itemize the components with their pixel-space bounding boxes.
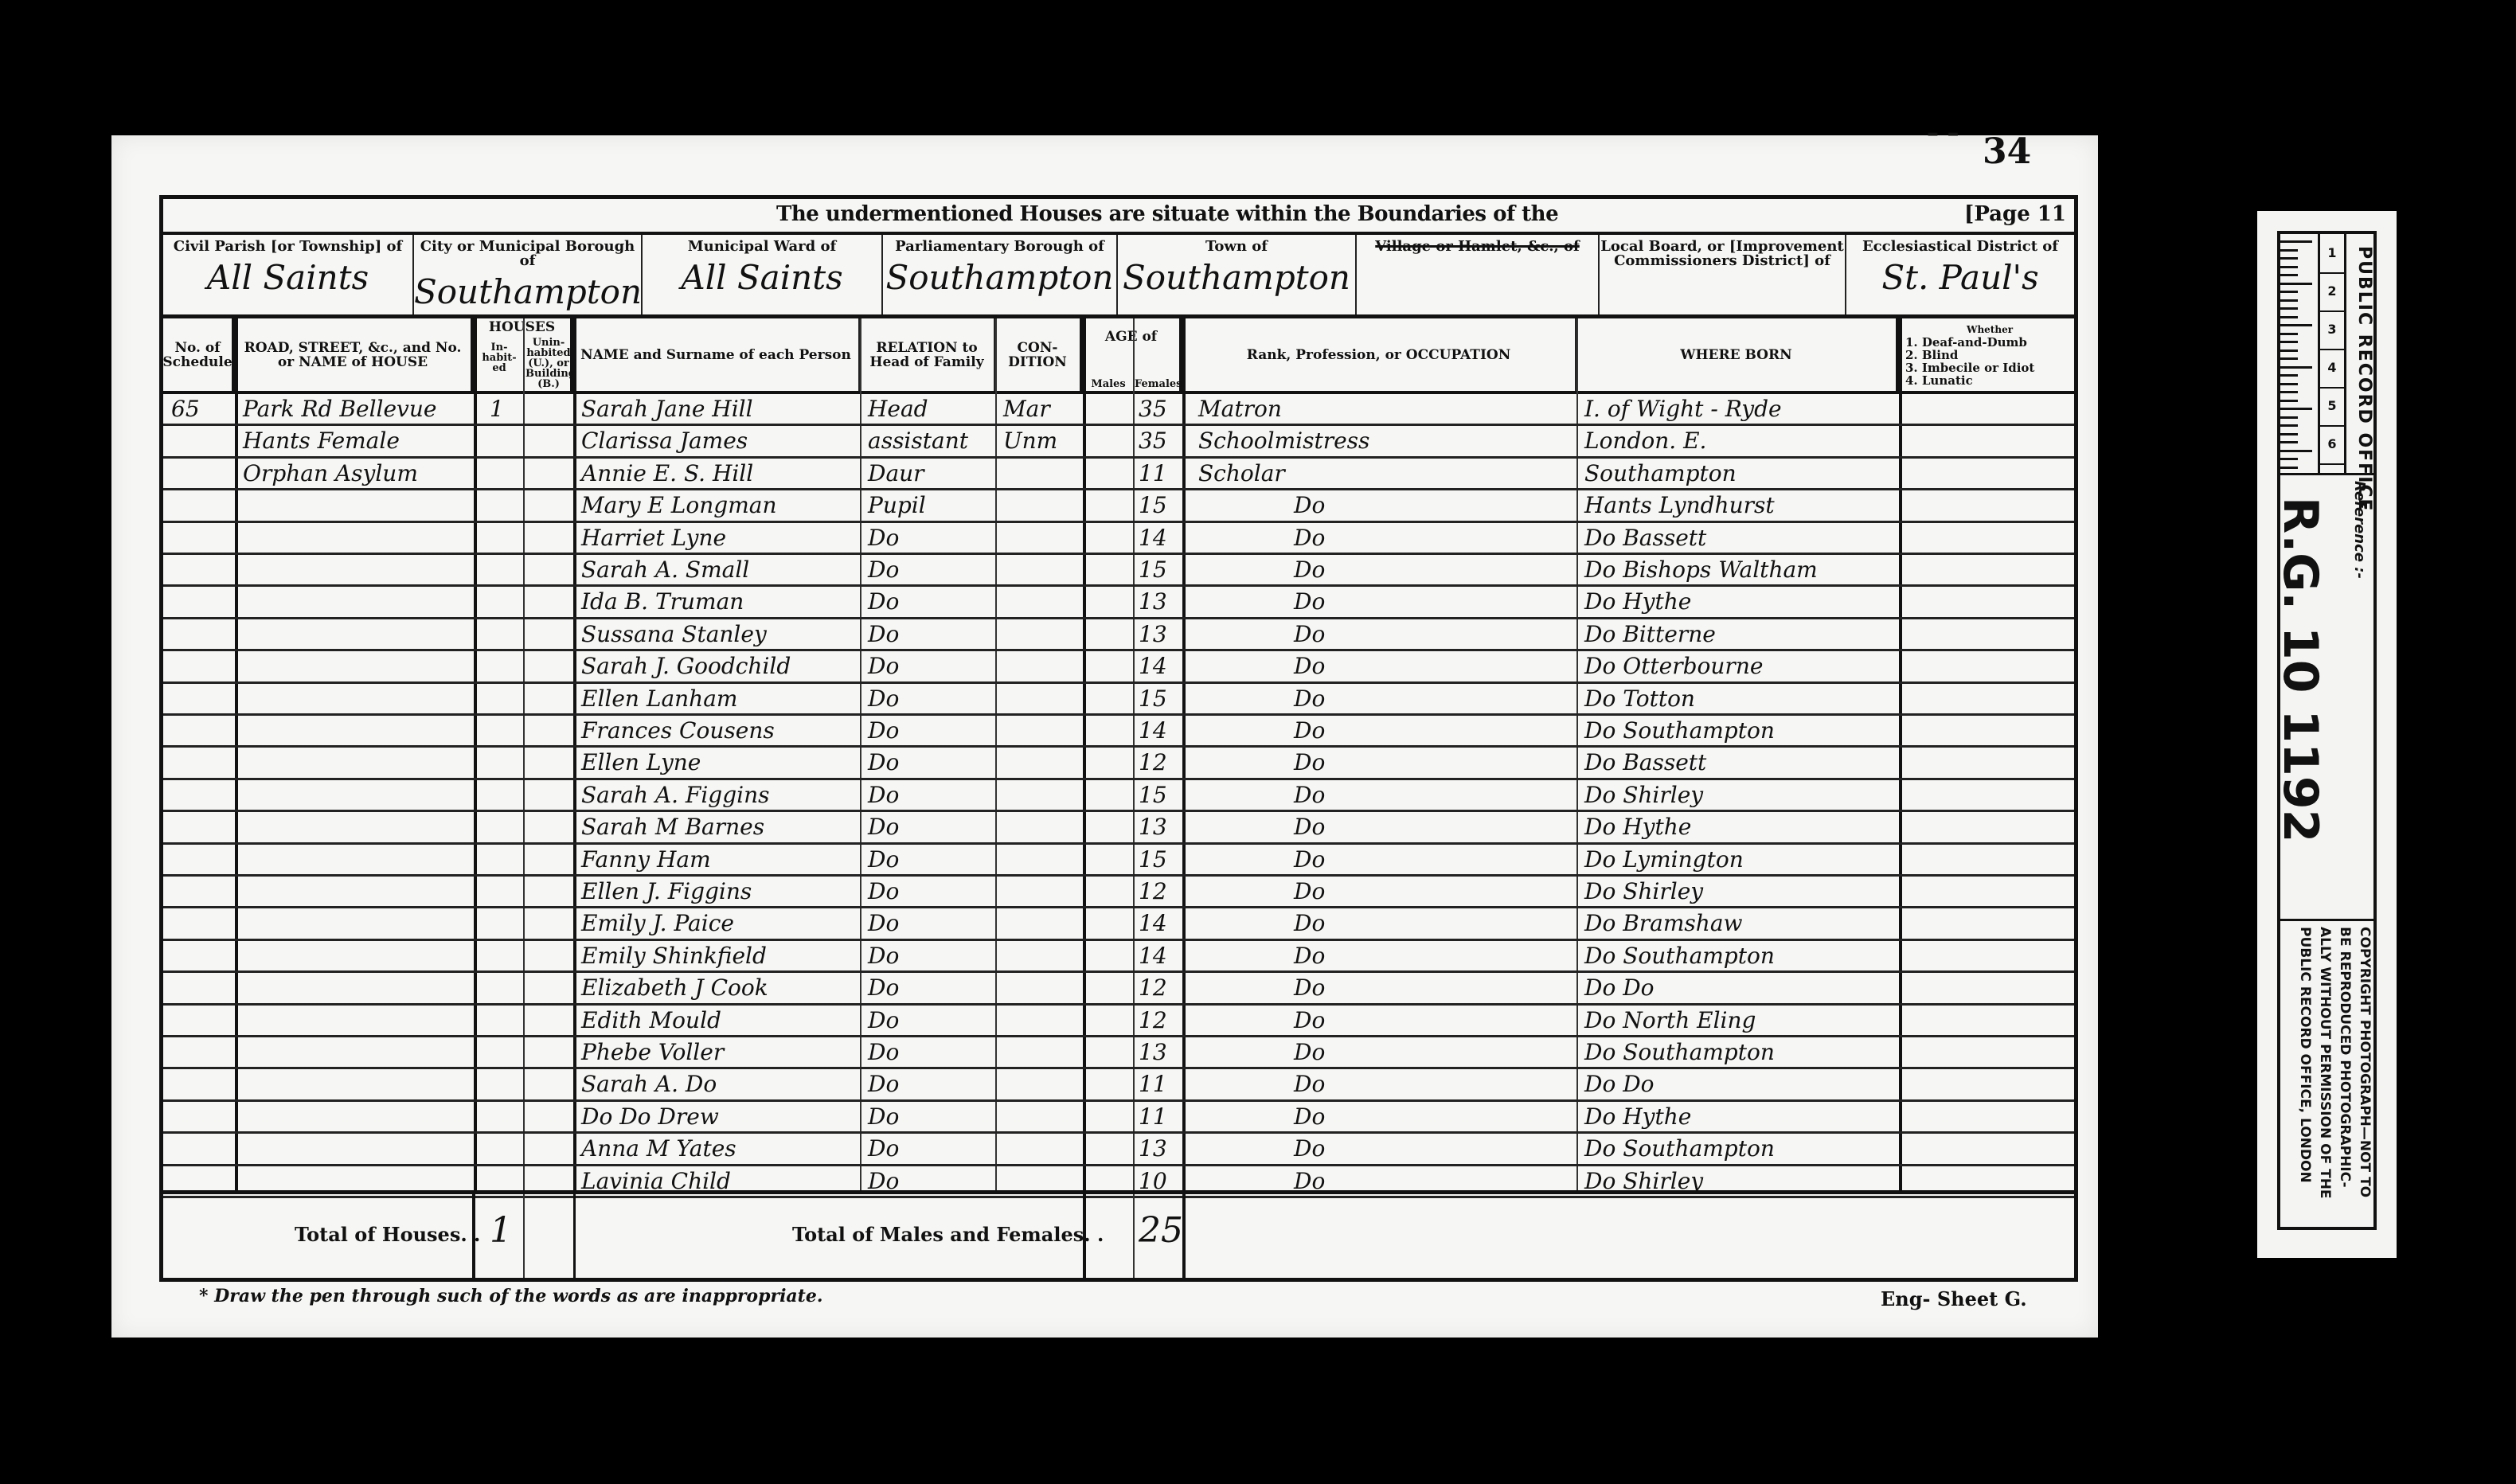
cell-inhabited: 1 bbox=[490, 394, 504, 424]
cell-relation: Do bbox=[868, 812, 899, 842]
cell-female-age: 15 bbox=[1139, 780, 1167, 810]
cell-relation: Do bbox=[868, 1006, 899, 1035]
cell-occupation: Do bbox=[1294, 651, 1325, 681]
folio-number: 34 bbox=[1983, 131, 2031, 172]
ruler-tick bbox=[2280, 391, 2298, 393]
cell-name: Sarah Jane Hill bbox=[581, 394, 753, 424]
ruler-tick bbox=[2280, 307, 2298, 310]
cell-occupation: Do bbox=[1294, 619, 1325, 649]
table-row: Mary E LongmanPupil15DoHants Lyndhurst bbox=[163, 490, 2074, 522]
cell-name: Sussana Stanley bbox=[581, 619, 767, 649]
col-occupation: Rank, Profession, or OCCUPATION bbox=[1182, 318, 1576, 391]
table-row: Orphan AsylumAnnie E. S. HillDaur11Schol… bbox=[163, 459, 2074, 490]
ink-marks: – – bbox=[1927, 119, 1959, 147]
table-row: Frances CousensDo14DoDo Southampton bbox=[163, 716, 2074, 748]
cell-relation: Do bbox=[868, 1069, 899, 1099]
cell-female-age: 12 bbox=[1139, 973, 1167, 1002]
cell-relation: Do bbox=[868, 619, 899, 649]
ruler-tick bbox=[2280, 299, 2298, 302]
cell-occupation: Do bbox=[1294, 1006, 1325, 1035]
cell-relation: Head bbox=[868, 394, 928, 424]
ruler-tick bbox=[2280, 249, 2298, 252]
col-schedule: No. of Schedule bbox=[163, 318, 235, 391]
scale-box: 3 bbox=[2320, 310, 2344, 350]
table-row: Ellen LyneDo12DoDo Bassett bbox=[163, 748, 2074, 779]
column-header-row: No. of Schedule ROAD, STREET, &c., and N… bbox=[163, 318, 2074, 394]
census-rows: 65Park Rd Bellevue1Sarah Jane HillHeadMa… bbox=[163, 394, 2074, 1198]
cell-name: Edith Mould bbox=[581, 1006, 721, 1035]
district-ecclesiastical: Ecclesiastical District of St. Paul's bbox=[1846, 235, 2074, 314]
cell-name: Fanny Ham bbox=[581, 845, 711, 874]
cell-relation: Do bbox=[868, 523, 899, 553]
ruler-tick bbox=[2280, 374, 2298, 377]
ruler-scale bbox=[2280, 234, 2320, 473]
cell-where-born: Do Southampton bbox=[1584, 1134, 1775, 1163]
sheet-title: The undermentioned Houses are situate wi… bbox=[776, 202, 1558, 226]
copyright-notice: COPYRIGHT PHOTOGRAPH—NOT TO BE REPRODUCE… bbox=[2295, 927, 2374, 1199]
cell-female-age: 14 bbox=[1139, 908, 1167, 938]
cell-name: Phebe Voller bbox=[581, 1037, 724, 1067]
cell-name: Ida B. Truman bbox=[581, 587, 744, 616]
col-uninhabited: Unin-habited (U.), or Building (B.) bbox=[525, 338, 572, 389]
cell-female-age: 14 bbox=[1139, 523, 1167, 553]
cell-relation: Do bbox=[868, 1134, 899, 1163]
district-municipal-borough: City or Municipal Borough of Southampton bbox=[414, 235, 643, 314]
ruler-tick bbox=[2280, 366, 2312, 369]
table-row: Ellen J. FigginsDo12DoDo Shirley bbox=[163, 877, 2074, 908]
cell-occupation: Do bbox=[1294, 845, 1325, 874]
cell-occupation: Do bbox=[1294, 555, 1325, 584]
cell-relation: Pupil bbox=[868, 490, 926, 520]
total-persons-value: 25 bbox=[1139, 1210, 1183, 1251]
cell-occupation: Do bbox=[1294, 748, 1325, 777]
ruler-tick bbox=[2280, 283, 2312, 285]
page-label: [Page 11 bbox=[1964, 202, 2066, 226]
cell-where-born: Do Shirley bbox=[1584, 780, 1703, 810]
cell-female-age: 13 bbox=[1139, 1134, 1167, 1163]
cell-occupation: Do bbox=[1294, 684, 1325, 713]
cell-female-age: 11 bbox=[1139, 459, 1167, 488]
table-row: Do Do DrewDo11DoDo Hythe bbox=[163, 1102, 2074, 1134]
cell-female-age: 12 bbox=[1139, 1006, 1167, 1035]
table-row: Sussana StanleyDo13DoDo Bitterne bbox=[163, 619, 2074, 651]
cell-name: Emily Shinkfield bbox=[581, 941, 767, 970]
cell-occupation: Scholar bbox=[1198, 459, 1285, 488]
archive-box: 123456 PUBLIC RECORD OFFICE Reference :-… bbox=[2277, 231, 2377, 1230]
cell-female-age: 13 bbox=[1139, 1037, 1167, 1067]
scale-box: 4 bbox=[2320, 349, 2344, 389]
cell-female-age: 15 bbox=[1139, 555, 1167, 584]
cell-relation: Do bbox=[868, 908, 899, 938]
col-name: NAME and Surname of each Person bbox=[573, 318, 860, 391]
cell-name: Harriet Lyne bbox=[581, 523, 726, 553]
scale-box: 6 bbox=[2320, 425, 2344, 465]
divider bbox=[2280, 919, 2373, 921]
cell-name: Ellen Lyne bbox=[581, 748, 701, 777]
cell-where-born: Do Hythe bbox=[1584, 1102, 1691, 1131]
cell-name: Anna M Yates bbox=[581, 1134, 736, 1163]
archive-reference-strip: 123456 PUBLIC RECORD OFFICE Reference :-… bbox=[2257, 211, 2397, 1258]
col-road: ROAD, STREET, &c., and No. or NAME of HO… bbox=[235, 318, 474, 391]
grid-line bbox=[1182, 1194, 1186, 1278]
table-row: Ida B. TrumanDo13DoDo Hythe bbox=[163, 587, 2074, 619]
cell-name: Frances Cousens bbox=[581, 716, 775, 745]
cell-name: Mary E Longman bbox=[581, 490, 777, 520]
cell-name: Sarah A. Do bbox=[581, 1069, 717, 1099]
census-sheet: The undermentioned Houses are situate wi… bbox=[159, 195, 2078, 1282]
cell-occupation: Do bbox=[1294, 587, 1325, 616]
cell-occupation: Do bbox=[1294, 877, 1325, 906]
cell-where-born: London. E. bbox=[1584, 426, 1706, 455]
table-row: Hants FemaleClarissa JamesassistantUnm35… bbox=[163, 426, 2074, 458]
cell-name: Ellen J. Figgins bbox=[581, 877, 752, 906]
col-inhabited: In-habit-ed bbox=[475, 342, 523, 373]
cell-name: Clarissa James bbox=[581, 426, 748, 455]
cell-where-born: Do Bitterne bbox=[1584, 619, 1716, 649]
ruler-tick bbox=[2280, 467, 2298, 469]
cell-female-age: 13 bbox=[1139, 587, 1167, 616]
title-row: The undermentioned Houses are situate wi… bbox=[163, 199, 2074, 235]
cell-name: Ellen Lanham bbox=[581, 684, 737, 713]
cell-female-age: 11 bbox=[1139, 1102, 1167, 1131]
table-row: Sarah J. GoodchildDo14DoDo Otterbourne bbox=[163, 651, 2074, 683]
ruler-tick bbox=[2280, 433, 2298, 435]
cell-name: Do Do Drew bbox=[581, 1102, 719, 1131]
ruler-tick bbox=[2280, 341, 2298, 343]
cell-occupation: Do bbox=[1294, 1069, 1325, 1099]
col-condition: CON-DITION bbox=[995, 318, 1083, 391]
cell-where-born: I. of Wight - Ryde bbox=[1584, 394, 1782, 424]
ruler-tick bbox=[2280, 408, 2312, 410]
cell-female-age: 15 bbox=[1139, 490, 1167, 520]
cell-where-born: Do Shirley bbox=[1584, 877, 1703, 906]
cell-where-born: Do Bassett bbox=[1584, 748, 1706, 777]
cell-occupation: Do bbox=[1294, 780, 1325, 810]
cell-name: Emily J. Paice bbox=[581, 908, 734, 938]
cell-where-born: Do Do bbox=[1584, 973, 1655, 1002]
cell-relation: Do bbox=[868, 716, 899, 745]
reference-label: Reference :- bbox=[2351, 481, 2368, 579]
table-row: Anna M YatesDo13DoDo Southampton bbox=[163, 1134, 2074, 1166]
cell-name: Annie E. S. Hill bbox=[581, 459, 753, 488]
cell-female-age: 12 bbox=[1139, 877, 1167, 906]
cell-female-age: 11 bbox=[1139, 1069, 1167, 1099]
cell-occupation: Schoolmistress bbox=[1198, 426, 1369, 455]
col-infirmity: Whether 1. Deaf-and-Dumb 2. Blind 3. Imb… bbox=[1899, 318, 2074, 391]
cell-where-born: Do Otterbourne bbox=[1584, 651, 1763, 681]
scale-boxes: 123456 bbox=[2320, 234, 2346, 473]
ruler-tick bbox=[2280, 266, 2298, 268]
cell-where-born: Do Southampton bbox=[1584, 941, 1775, 970]
cell-where-born: Do Southampton bbox=[1584, 1037, 1775, 1067]
cell-where-born: Do Southampton bbox=[1584, 716, 1775, 745]
cell-name: Sarah A. Small bbox=[581, 555, 749, 584]
cell-occupation: Do bbox=[1294, 523, 1325, 553]
cell-female-age: 35 bbox=[1139, 426, 1167, 455]
cell-road: Park Rd Bellevue bbox=[243, 394, 436, 424]
cell-where-born: Do Bramshaw bbox=[1584, 908, 1742, 938]
cell-female-age: 12 bbox=[1139, 748, 1167, 777]
cell-where-born: Do Do bbox=[1584, 1069, 1655, 1099]
cell-relation: Do bbox=[868, 587, 899, 616]
cell-road: Hants Female bbox=[243, 426, 400, 455]
cell-relation: Do bbox=[868, 748, 899, 777]
ruler-tick bbox=[2280, 441, 2298, 443]
district-municipal-ward: Municipal Ward of All Saints bbox=[643, 235, 883, 314]
cell-road: Orphan Asylum bbox=[243, 459, 418, 488]
cell-condition: Unm bbox=[1003, 426, 1057, 455]
table-row: Sarah A. FigginsDo15DoDo Shirley bbox=[163, 780, 2074, 812]
cell-occupation: Do bbox=[1294, 812, 1325, 842]
cell-relation: Do bbox=[868, 877, 899, 906]
cell-relation: assistant bbox=[868, 426, 968, 455]
table-row: Harriet LyneDo14DoDo Bassett bbox=[163, 523, 2074, 555]
col-males: Males bbox=[1084, 379, 1132, 389]
table-row: Sarah A. DoDo11DoDo Do bbox=[163, 1069, 2074, 1101]
cell-relation: Do bbox=[868, 684, 899, 713]
cell-occupation: Do bbox=[1294, 1134, 1325, 1163]
table-row: Sarah A. SmallDo15DoDo Bishops Waltham bbox=[163, 555, 2074, 587]
cell-where-born: Southampton bbox=[1584, 459, 1737, 488]
sheet-code: Eng- Sheet G. bbox=[1881, 1287, 2027, 1310]
table-row: Ellen LanhamDo15DoDo Totton bbox=[163, 684, 2074, 716]
grid-line bbox=[1083, 1194, 1086, 1278]
cell-where-born: Do Hythe bbox=[1584, 812, 1691, 842]
cell-relation: Do bbox=[868, 780, 899, 810]
cell-female-age: 13 bbox=[1139, 812, 1167, 842]
ruler-tick bbox=[2280, 316, 2298, 318]
table-row: Emily J. PaiceDo14DoDo Bramshaw bbox=[163, 908, 2074, 940]
ruler-tick bbox=[2280, 458, 2298, 460]
ruler-tick bbox=[2280, 350, 2298, 352]
scale-box: 5 bbox=[2320, 387, 2344, 427]
cell-where-born: Do Hythe bbox=[1584, 587, 1691, 616]
ruler-tick bbox=[2280, 424, 2298, 427]
cell-relation: Do bbox=[868, 1102, 899, 1131]
cell-where-born: Do North Eling bbox=[1584, 1006, 1756, 1035]
ruler-tick bbox=[2280, 450, 2312, 452]
reference-number: R.G. 10 1192 bbox=[2272, 497, 2328, 842]
cell-occupation: Do bbox=[1294, 973, 1325, 1002]
table-row: Phebe VollerDo13DoDo Southampton bbox=[163, 1037, 2074, 1069]
ruler-tick bbox=[2280, 324, 2312, 326]
cell-relation: Daur bbox=[868, 459, 924, 488]
cell-female-age: 13 bbox=[1139, 619, 1167, 649]
col-relation: RELATION to Head of Family bbox=[860, 318, 995, 391]
ruler-tick bbox=[2280, 240, 2312, 243]
cell-where-born: Do Lymington bbox=[1584, 845, 1744, 874]
cell-condition: Mar bbox=[1003, 394, 1050, 424]
cell-occupation: Do bbox=[1294, 1037, 1325, 1067]
cell-where-born: Do Bassett bbox=[1584, 523, 1706, 553]
cell-where-born: Do Totton bbox=[1584, 684, 1695, 713]
cell-occupation: Do bbox=[1294, 716, 1325, 745]
table-row: Edith MouldDo12DoDo North Eling bbox=[163, 1006, 2074, 1037]
cell-female-age: 15 bbox=[1139, 845, 1167, 874]
ruler-tick bbox=[2280, 257, 2298, 260]
divider bbox=[2280, 473, 2373, 475]
district-civil-parish: Civil Parish [or Township] of All Saints bbox=[163, 235, 414, 314]
ruler-tick bbox=[2280, 291, 2298, 293]
cell-schedule: 65 bbox=[171, 394, 200, 424]
table-row: 65Park Rd Bellevue1Sarah Jane HillHeadMa… bbox=[163, 394, 2074, 426]
district-village-struck: Village or Hamlet, &c., of bbox=[1357, 235, 1600, 314]
cell-occupation: Do bbox=[1294, 490, 1325, 520]
table-row: Fanny HamDo15DoDo Lymington bbox=[163, 845, 2074, 877]
ruler-tick bbox=[2280, 416, 2298, 419]
cell-name: Sarah M Barnes bbox=[581, 812, 764, 842]
grid-line bbox=[523, 1194, 525, 1278]
table-row: Elizabeth J CookDo12DoDo Do bbox=[163, 973, 2074, 1005]
cell-where-born: Hants Lyndhurst bbox=[1584, 490, 1775, 520]
cell-female-age: 14 bbox=[1139, 716, 1167, 745]
table-row: Emily ShinkfieldDo14DoDo Southampton bbox=[163, 941, 2074, 973]
totals-row: Total of Houses. . 1 Total of Males and … bbox=[163, 1190, 2074, 1278]
cell-occupation: Do bbox=[1294, 941, 1325, 970]
ruler-tick bbox=[2280, 274, 2298, 276]
cell-name: Sarah J. Goodchild bbox=[581, 651, 791, 681]
col-females: Females bbox=[1135, 379, 1181, 389]
grid-line bbox=[1133, 1194, 1135, 1278]
ruler-tick bbox=[2280, 400, 2298, 402]
cell-relation: Do bbox=[868, 651, 899, 681]
scale-box: 2 bbox=[2320, 272, 2344, 312]
cell-relation: Do bbox=[868, 555, 899, 584]
cell-relation: Do bbox=[868, 1037, 899, 1067]
total-houses-label: Total of Houses. . bbox=[295, 1223, 480, 1246]
cell-occupation: Do bbox=[1294, 1102, 1325, 1131]
col-where-born: WHERE BORN bbox=[1576, 318, 1899, 391]
ruler-tick bbox=[2280, 357, 2298, 360]
cell-where-born: Do Bishops Waltham bbox=[1584, 555, 1818, 584]
total-persons-label: Total of Males and Females. . bbox=[792, 1223, 1104, 1246]
cell-female-age: 15 bbox=[1139, 684, 1167, 713]
scale-box: 1 bbox=[2320, 234, 2344, 274]
ruler-tick bbox=[2280, 383, 2298, 385]
cell-name: Elizabeth J Cook bbox=[581, 973, 768, 1002]
district-parliamentary-borough: Parliamentary Borough of Southampton bbox=[883, 235, 1118, 314]
cell-female-age: 14 bbox=[1139, 651, 1167, 681]
cell-occupation: Matron bbox=[1198, 394, 1282, 424]
cell-relation: Do bbox=[868, 845, 899, 874]
district-row: Civil Parish [or Township] of All Saints… bbox=[163, 235, 2074, 318]
cell-occupation: Do bbox=[1294, 908, 1325, 938]
cell-name: Sarah A. Figgins bbox=[581, 780, 770, 810]
cell-female-age: 14 bbox=[1139, 941, 1167, 970]
total-houses-value: 1 bbox=[490, 1210, 512, 1251]
district-town: Town of Southampton bbox=[1118, 235, 1357, 314]
cell-relation: Do bbox=[868, 941, 899, 970]
cell-relation: Do bbox=[868, 973, 899, 1002]
district-local-board: Local Board, or [Improvement Commissione… bbox=[1600, 235, 1846, 314]
grid-line bbox=[472, 1194, 475, 1278]
grid-line bbox=[573, 1194, 576, 1278]
footnote: * Draw the pen through such of the words… bbox=[199, 1286, 823, 1306]
ruler-tick bbox=[2280, 333, 2298, 335]
cell-female-age: 35 bbox=[1139, 394, 1167, 424]
table-row: Sarah M BarnesDo13DoDo Hythe bbox=[163, 812, 2074, 844]
